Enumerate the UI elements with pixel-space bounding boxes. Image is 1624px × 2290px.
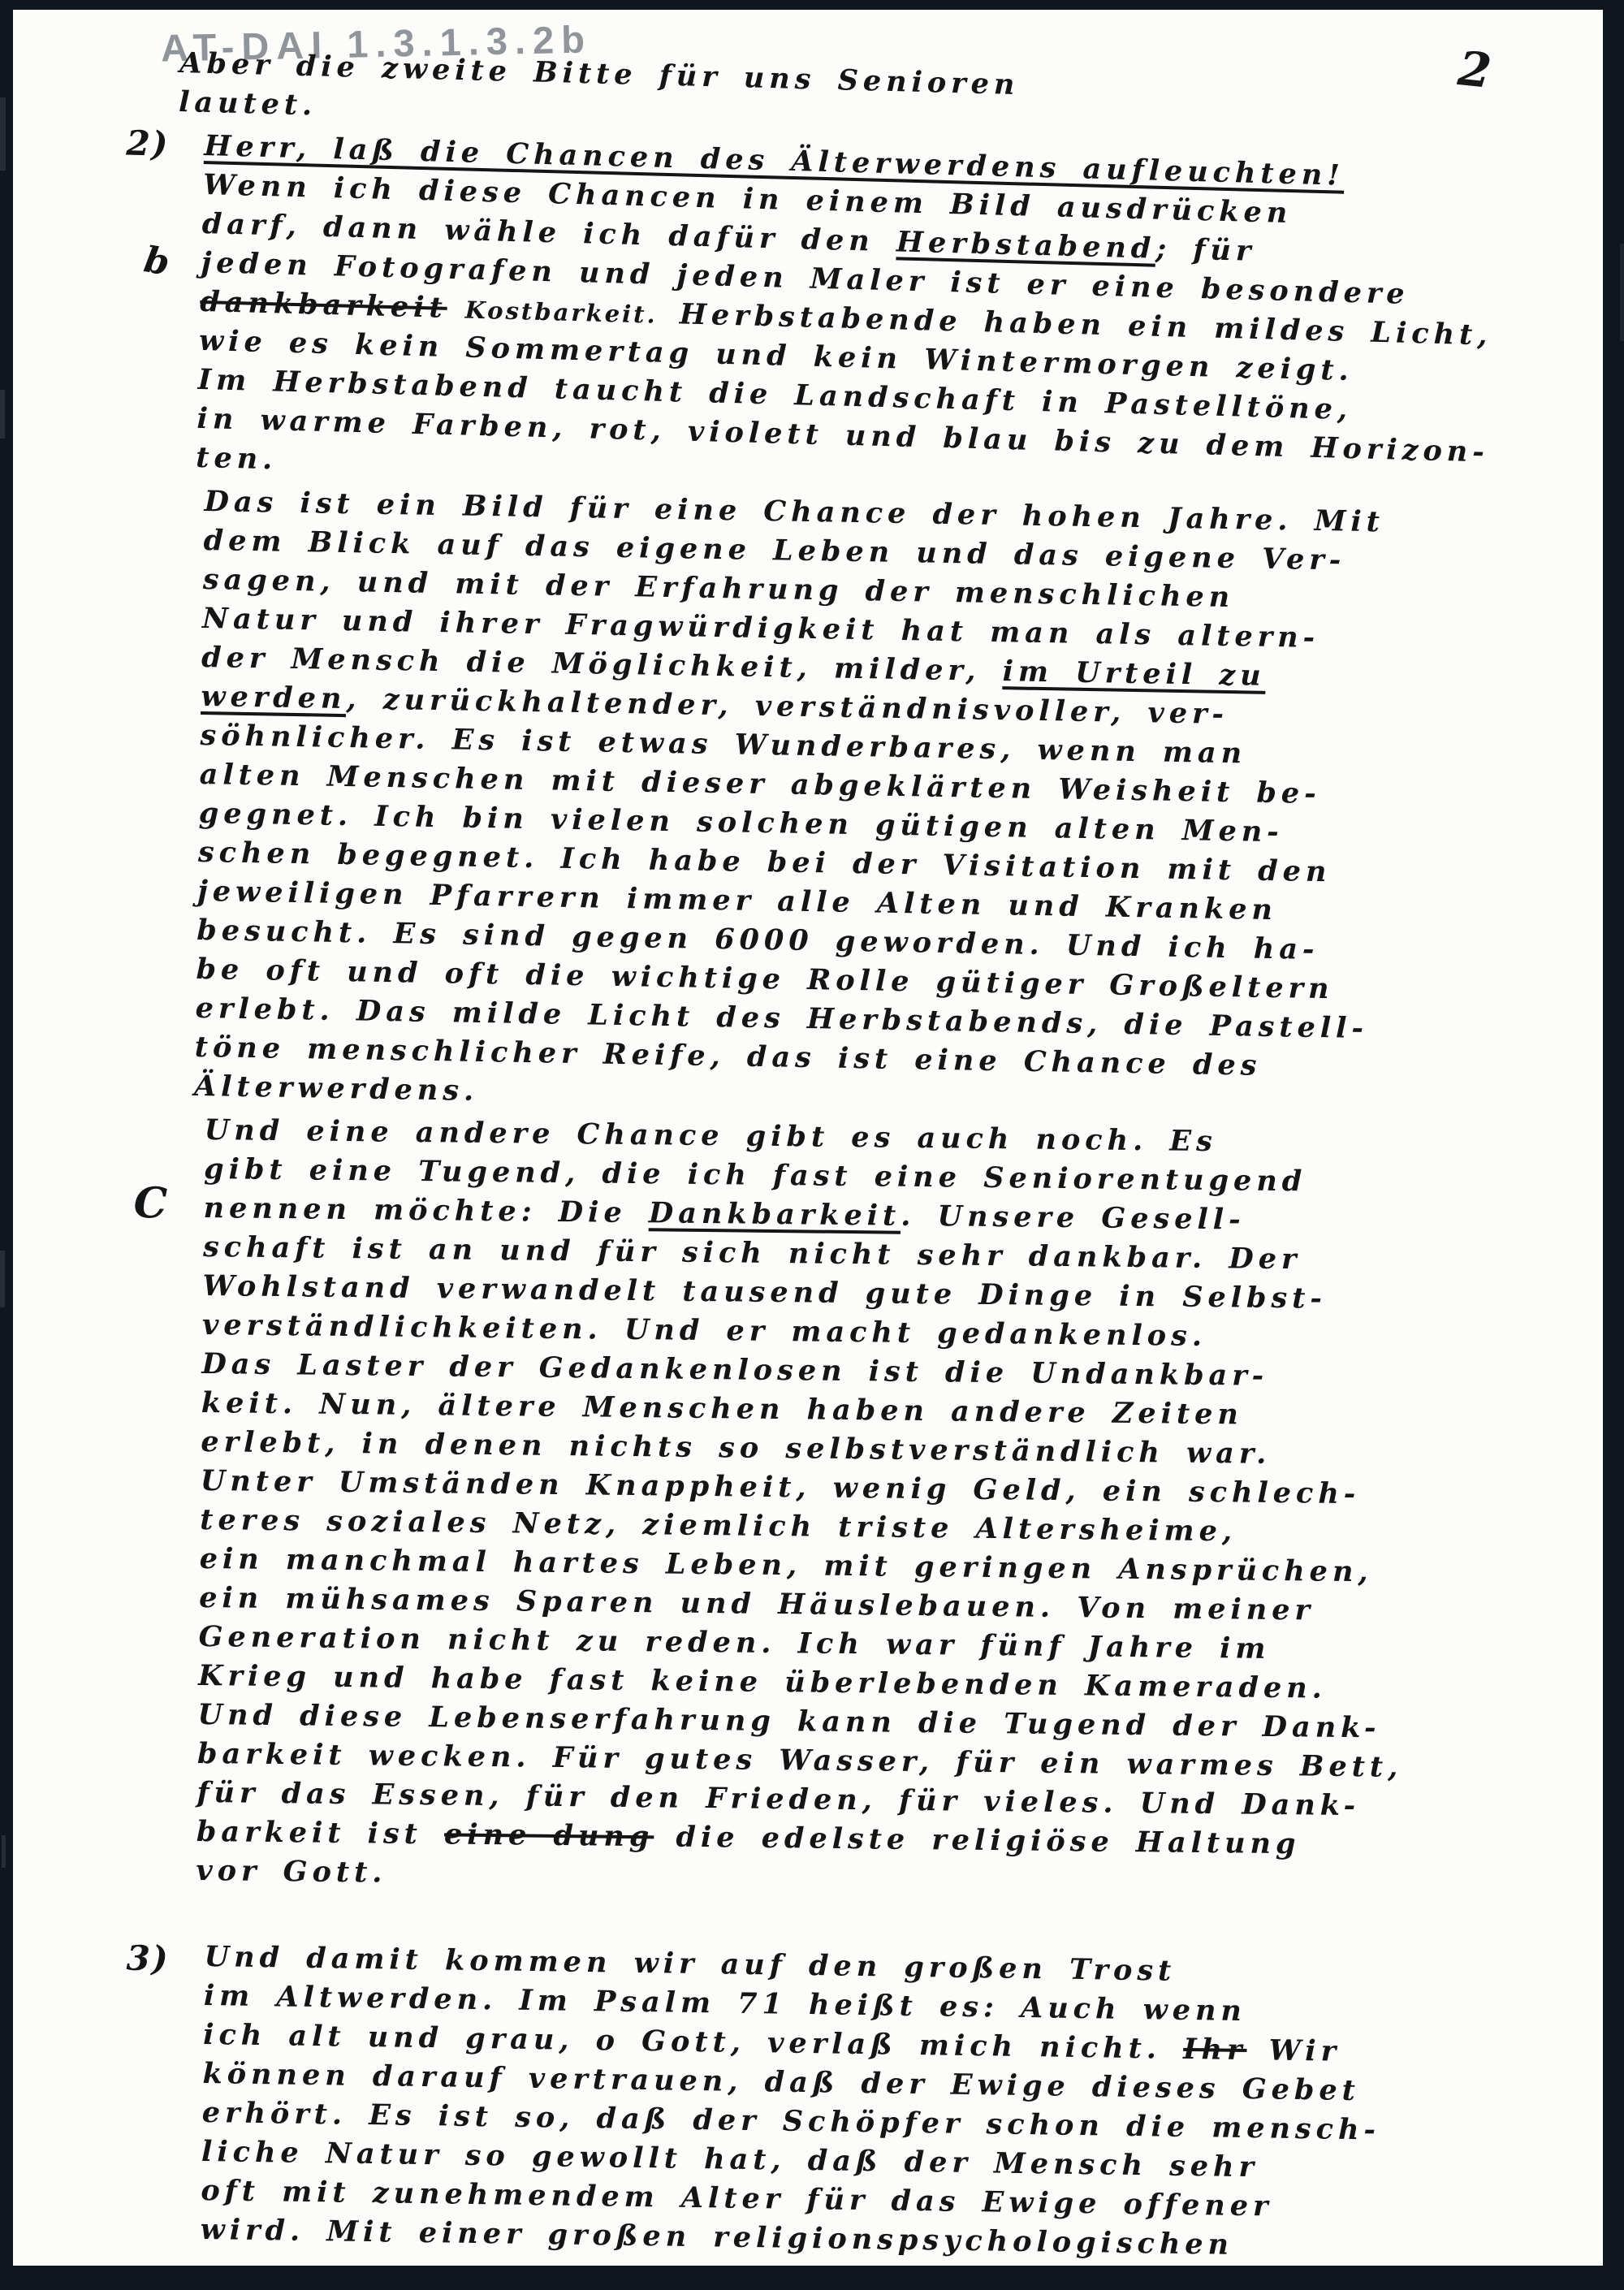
margin-note: b <box>141 239 173 283</box>
margin-note: C <box>133 1178 167 1228</box>
text-run: ; für <box>1155 232 1256 268</box>
paragraph-block: Das ist ein Bild für eine Chance der hoh… <box>194 482 1609 1130</box>
text-run: vor Gott. <box>196 1854 387 1890</box>
scanned-page: { "document": { "archive_ref": "AT-DAI 1… <box>0 0 1624 2290</box>
text-run: lautet. <box>179 85 317 122</box>
scan-artifact <box>2 1835 6 1868</box>
scan-artifact <box>0 97 6 171</box>
scan-artifact <box>0 1251 5 1307</box>
text-run: dankbarkeit <box>200 285 447 325</box>
text-run: barkeit ist <box>197 1815 445 1851</box>
paragraph-block: 2)bHerr, laß die Chancen des Älterwerden… <box>196 127 1609 514</box>
paragraph-block: CUnd eine andere Chance gibt es auch noc… <box>196 1111 1609 1907</box>
text-run: ten. <box>196 441 278 477</box>
text-run: Dankbarkeit <box>649 1196 901 1233</box>
text-run: Kostbarkeit. <box>447 296 658 329</box>
text-run: eine dung <box>444 1817 654 1853</box>
text-run: Wir <box>1246 2033 1341 2068</box>
text-run: Älterwerdens. <box>194 1069 479 1108</box>
text-run: im Urteil zu <box>1002 655 1266 693</box>
text-run: . Unsere Gesell- <box>901 1199 1246 1237</box>
section-marker: 3) <box>126 1938 170 1979</box>
text-run: Ihr <box>1183 2033 1247 2067</box>
scan-artifact <box>0 390 5 439</box>
section-marker: 2) <box>126 123 170 163</box>
text-run: Herbstabend <box>896 225 1155 265</box>
handwritten-text-body: Aber die zweite Bitte für uns Seniorenla… <box>205 44 1609 2254</box>
scan-artifact <box>1620 244 1624 341</box>
text-run: die edelste religiöse Haltung <box>654 1820 1301 1860</box>
text-run: werden <box>201 680 347 715</box>
text-run: nennen möchte: Die <box>203 1191 649 1229</box>
paper-sheet: AT-DAI 1.3.1.3.2b 2 Aber die zweite Bitt… <box>13 10 1603 2266</box>
paragraph-block: 3)Und damit kommen wir auf den großen Tr… <box>200 1938 1609 2271</box>
